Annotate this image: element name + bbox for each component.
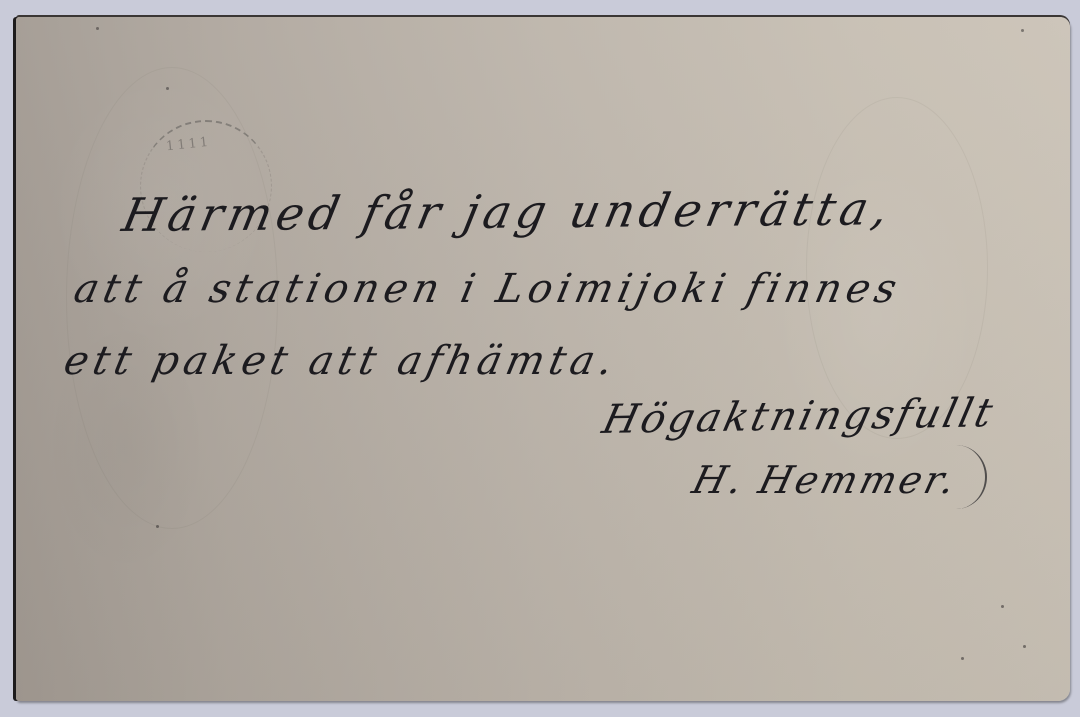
paper-speck bbox=[166, 87, 169, 90]
paper-speck bbox=[961, 657, 964, 660]
paper-speck bbox=[156, 525, 159, 528]
signature-flourish bbox=[925, 445, 987, 509]
closing-salutation: Högaktningsfullt bbox=[598, 390, 1000, 443]
paper-speck bbox=[1023, 645, 1026, 648]
message-line-2: att å stationen i Loimijoki finnes bbox=[70, 266, 906, 312]
signature: H. Hemmer. bbox=[688, 458, 963, 502]
message-line-1: Härmed får jag underrätta, bbox=[118, 181, 898, 242]
paper-speck bbox=[1001, 605, 1004, 608]
message-line-3: ett paket att afhämta. bbox=[60, 338, 622, 384]
paper-speck bbox=[96, 27, 99, 30]
paper-speck bbox=[1021, 29, 1024, 32]
